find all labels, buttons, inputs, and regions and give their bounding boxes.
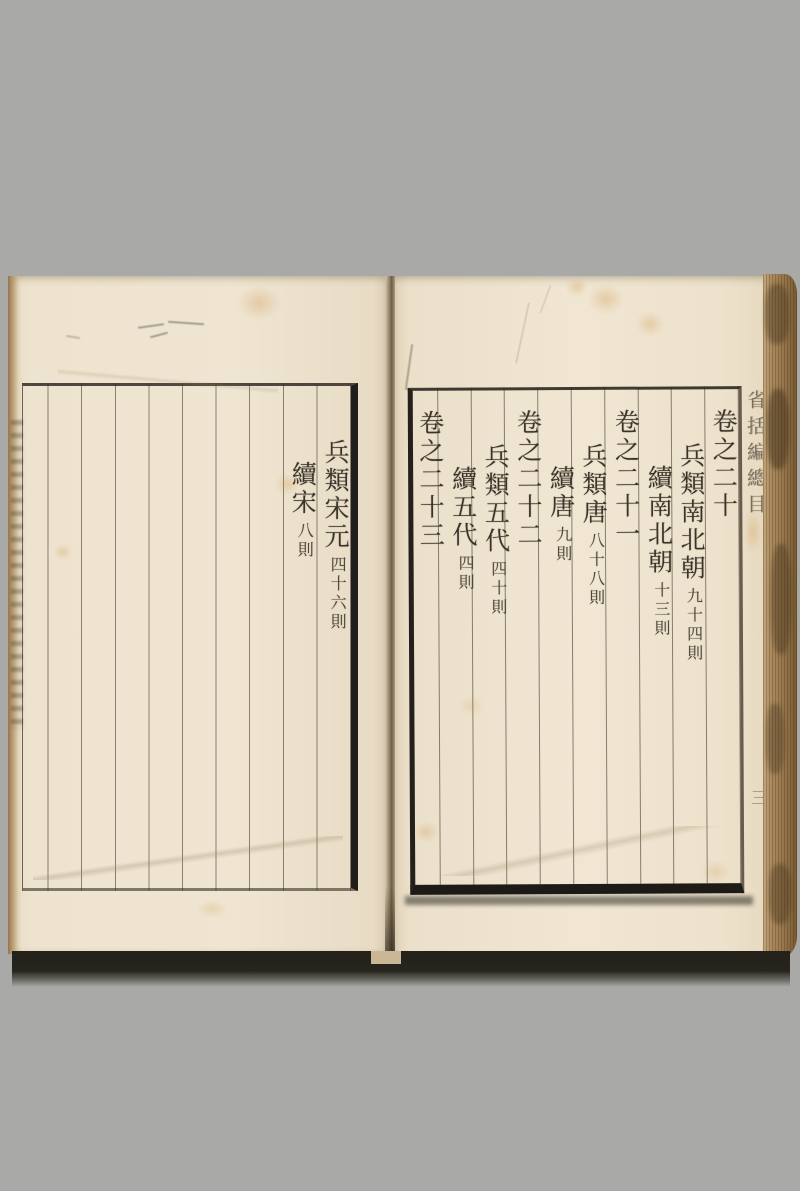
toc-column-empty: [89, 386, 122, 888]
foxing-spot: [588, 284, 624, 314]
toc-column: 兵類五代四十則: [478, 390, 513, 884]
toc-column: 兵類南北朝九十四則: [673, 389, 708, 883]
toc-column-empty: [56, 386, 89, 888]
toc-entry-note: 十三則: [652, 582, 669, 639]
right-page-text-frame: 卷之二十 兵類南北朝九十四則 續南北朝十三則 卷之二十一 兵類唐八十八則 續唐九…: [408, 386, 745, 895]
toc-column: 卷之二十: [706, 389, 741, 883]
toc-column: 卷之二十三: [413, 391, 448, 885]
toc-column-empty: [220, 386, 253, 888]
left-page-columns: 兵類宋元四十六則 續宋八則: [23, 386, 351, 888]
page-shadow: [12, 951, 790, 987]
toc-entry-main: 續南北朝: [644, 464, 672, 576]
toc-column: 續唐九則: [543, 390, 578, 884]
edge-ink-blot: [766, 704, 784, 774]
toc-entry-note: 八十八則: [586, 532, 603, 608]
toc-entry-main: 卷之二十一: [611, 409, 639, 549]
right-page: 卷之二十 兵類南北朝九十四則 續南北朝十三則 卷之二十一 兵類唐八十八則 續唐九…: [395, 276, 765, 957]
fore-edge-page-stack: [763, 274, 797, 958]
toc-entry-note: 四十則: [489, 560, 506, 617]
toc-column: 兵類唐八十八則: [576, 390, 611, 884]
foxing-spot: [636, 312, 664, 336]
foxing-spot: [414, 822, 438, 842]
foxing-spot: [276, 474, 298, 494]
toc-column-empty: [187, 386, 220, 888]
toc-column-empty: [121, 386, 154, 888]
toc-entry-main: 兵類唐: [579, 443, 606, 527]
toc-column-empty: [154, 386, 187, 888]
toc-entry-main: 續五代: [449, 466, 476, 550]
foxing-spot: [238, 286, 280, 320]
foxing-spot: [196, 900, 228, 918]
scribble-mark: [66, 335, 80, 339]
toc-entry-note: 四十六則: [328, 556, 345, 632]
foxing-spot: [566, 278, 588, 296]
foxing-spot: [744, 510, 762, 554]
toc-column: 續五代四則: [445, 391, 480, 885]
edge-ink-blot: [771, 544, 791, 654]
left-page: 兵類宋元四十六則 續宋八則: [8, 276, 385, 954]
toc-column-empty: [23, 386, 56, 888]
ink-bleed-marks: [11, 420, 23, 730]
toc-column: 卷之二十二: [511, 390, 546, 884]
scanned-book-background: 兵類宋元四十六則 續宋八則 卷之二十 兵類南北朝九十四則: [0, 0, 800, 1191]
toc-column: 兵類宋元四十六則: [318, 386, 351, 888]
scribble-mark: [168, 321, 204, 326]
edge-ink-blot: [767, 389, 789, 469]
right-page-columns: 卷之二十 兵類南北朝九十四則 續南北朝十三則 卷之二十一 兵類唐八十八則 續唐九…: [413, 389, 742, 885]
toc-entry-note: 四則: [456, 555, 473, 593]
scratch-mark: [405, 344, 413, 390]
toc-entry-note: 九則: [554, 526, 571, 564]
toc-entry-main: 兵類五代: [481, 443, 509, 555]
scribble-mark: [150, 332, 168, 339]
scribble-mark: [138, 323, 164, 329]
edge-ink-blot: [769, 864, 791, 924]
toc-column: 續南北朝十三則: [641, 389, 676, 883]
left-page-text-frame: 兵類宋元四十六則 續宋八則: [22, 383, 358, 891]
toc-entry-main: 兵類南北朝: [677, 442, 705, 582]
fold-bottom-notch: [371, 951, 401, 964]
toc-entry-note: 八則: [295, 522, 312, 560]
toc-entry-main: 續唐: [546, 465, 573, 521]
scratch-mark: [516, 303, 530, 364]
toc-entry-note: 九十四則: [684, 587, 701, 663]
toc-column: 卷之二十一: [608, 390, 643, 884]
foxing-spot: [700, 860, 730, 884]
toc-entry-main: 卷之二十二: [513, 409, 541, 549]
toc-entry-main: 卷之二十三: [416, 410, 444, 550]
toc-entry-main: 兵類宋元: [321, 439, 348, 551]
foxing-spot: [458, 696, 484, 716]
ink-smudge: [405, 896, 753, 905]
foxing-spot: [54, 544, 72, 560]
toc-column: 續宋八則: [285, 386, 318, 888]
scratch-mark: [540, 285, 551, 314]
edge-ink-blot: [765, 284, 789, 344]
toc-entry-main: 卷之二十: [709, 408, 737, 520]
toc-column-empty: [253, 386, 286, 888]
